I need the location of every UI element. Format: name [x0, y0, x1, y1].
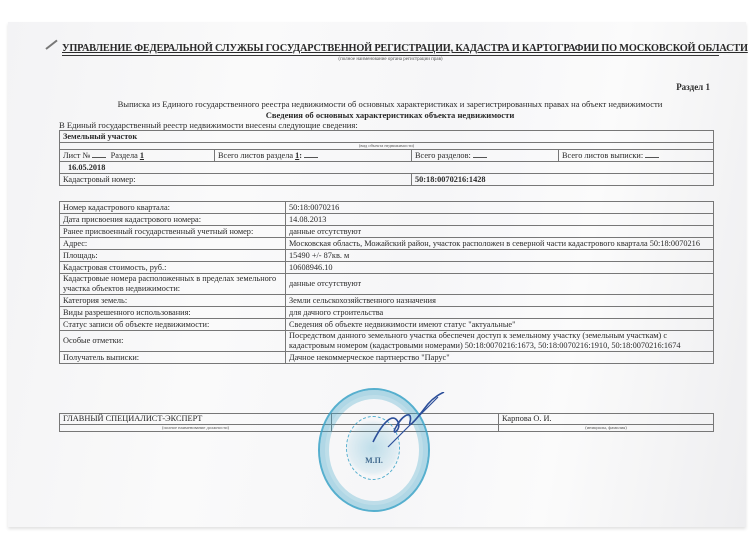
- table-row: Кадастровая стоимость, руб.:10608946.10: [60, 262, 714, 274]
- row-label: Номер кадастрового квартала:: [60, 202, 286, 214]
- row-label: Ранее присвоенный государственный учетны…: [60, 226, 286, 238]
- details-table: Номер кадастрового квартала:50:18:007021…: [59, 201, 714, 364]
- table-row: Ранее присвоенный государственный учетны…: [60, 226, 714, 238]
- row-value: данные отсутствуют: [286, 274, 714, 295]
- row-value: 15490 +/- 87кв. м: [286, 250, 714, 262]
- object-type-caption: (вид объекта недвижимости): [60, 143, 714, 150]
- total-sections-cell: Всего разделов:: [412, 150, 559, 162]
- cadastral-number-value: 50:18:0070216:1428: [412, 174, 714, 186]
- table-row: Площадь:15490 +/- 87кв. м: [60, 250, 714, 262]
- name-caption: (инициалы, фамилия): [499, 425, 714, 432]
- table-row: Особые отметки:Посредством данного земел…: [60, 331, 714, 352]
- row-value: 10608946.10: [286, 262, 714, 274]
- document-subtitle: Сведения об основных характеристиках объ…: [60, 110, 720, 120]
- row-value: Дачное некоммерческое партнерство "Парус…: [286, 352, 714, 364]
- total-sheets-section-label: Всего листов раздела: [218, 151, 293, 160]
- row-label: Получатель выписки:: [60, 352, 286, 364]
- section-number-value: 1: [140, 151, 144, 160]
- section-label: Раздел 1: [676, 82, 710, 92]
- row-label: Адрес:: [60, 238, 286, 250]
- row-label: Площадь:: [60, 250, 286, 262]
- sheet-number-cell: Лист № Раздела 1: [60, 150, 215, 162]
- table-row: Категория земель:Земли сельскохозяйствен…: [60, 295, 714, 307]
- official-position: ГЛАВНЫЙ СПЕЦИАЛИСТ-ЭКСПЕРТ: [60, 414, 332, 425]
- row-value: 14.08.2013: [286, 214, 714, 226]
- row-label: Статус записи об объекте недвижимости:: [60, 319, 286, 331]
- row-value: Посредством данного земельного участка о…: [286, 331, 714, 352]
- row-value: Земли сельскохозяйственного назначения: [286, 295, 714, 307]
- total-sheets-label: Всего листов выписки:: [562, 151, 643, 160]
- table-row: Адрес:Московская область, Можайский райо…: [60, 238, 714, 250]
- official-name: Карпова О. И.: [499, 414, 714, 425]
- total-sections-label: Всего разделов:: [415, 151, 471, 160]
- table-row: Номер кадастрового квартала:50:18:007021…: [60, 202, 714, 214]
- organization-caption: (полное наименование органа регистрации …: [62, 57, 719, 62]
- object-header-table: Земельный участок (вид объекта недвижимо…: [59, 130, 714, 186]
- signature-icon: [368, 392, 448, 452]
- row-value: данные отсутствуют: [286, 226, 714, 238]
- row-label: Кадастровые номера расположенных в преде…: [60, 274, 286, 295]
- total-sheets-cell: Всего листов выписки:: [559, 150, 714, 162]
- stamp-label: М.П.: [320, 456, 428, 465]
- organization-title: УПРАВЛЕНИЕ ФЕДЕРАЛЬНОЙ СЛУЖБЫ ГОСУДАРСТВ…: [62, 43, 719, 56]
- total-sheets-section-cell: Всего листов раздела 1:: [215, 150, 412, 162]
- intro-text: В Единый государственный реестр недвижим…: [59, 120, 358, 130]
- position-caption: (полное наименование должности): [60, 425, 332, 432]
- document-title: Выписка из Единого государственного реес…: [60, 99, 720, 109]
- row-value: для дачного строительства: [286, 307, 714, 319]
- row-label: Виды разрешенного использования:: [60, 307, 286, 319]
- row-value: Сведения об объекте недвижимости имеют с…: [286, 319, 714, 331]
- row-value: Московская область, Можайский район, уча…: [286, 238, 714, 250]
- extract-date: 16.05.2018: [60, 162, 714, 174]
- table-row: Статус записи об объекте недвижимости:Св…: [60, 319, 714, 331]
- cadastral-number-label: Кадастровый номер:: [60, 174, 412, 186]
- object-type: Земельный участок: [60, 131, 714, 143]
- section-number-label: Раздела: [111, 151, 138, 160]
- row-label: Дата присвоения кадастрового номера:: [60, 214, 286, 226]
- table-row: Кадастровые номера расположенных в преде…: [60, 274, 714, 295]
- row-label: Особые отметки:: [60, 331, 286, 352]
- row-label: Категория земель:: [60, 295, 286, 307]
- table-row: Виды разрешенного использования:для дачн…: [60, 307, 714, 319]
- row-label: Кадастровая стоимость, руб.:: [60, 262, 286, 274]
- table-row: Получатель выписки:Дачное некоммерческое…: [60, 352, 714, 364]
- row-value: 50:18:0070216: [286, 202, 714, 214]
- sheet-label: Лист №: [63, 151, 90, 160]
- table-row: Дата присвоения кадастрового номера:14.0…: [60, 214, 714, 226]
